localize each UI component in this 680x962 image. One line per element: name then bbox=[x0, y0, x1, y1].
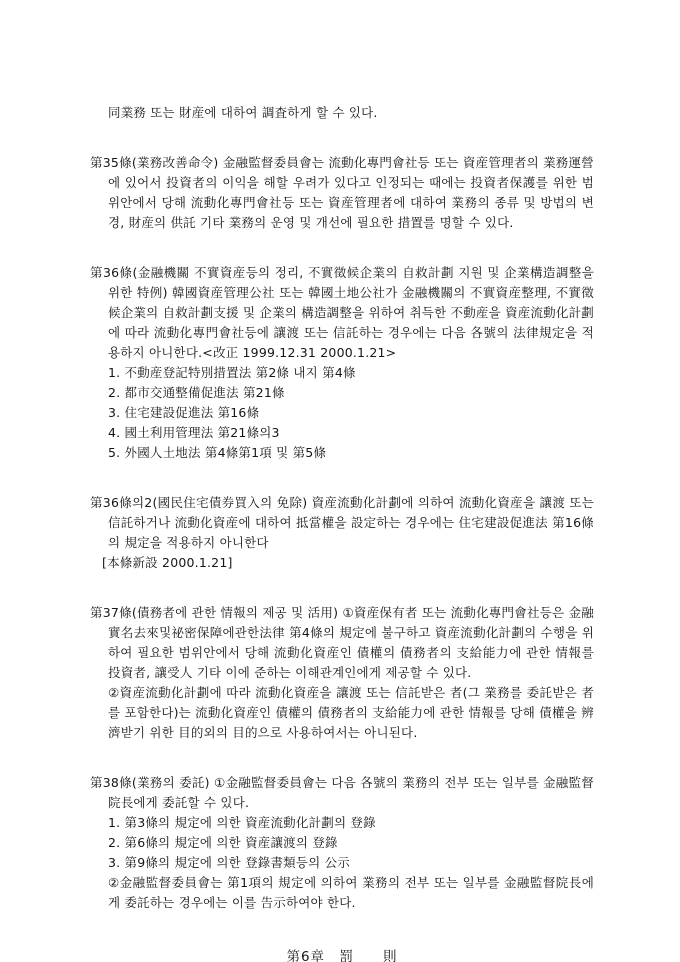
document-page: 同業務 또는 財産에 대하여 調査하게 할 수 있다.第35條(業務改善命令) … bbox=[0, 0, 680, 962]
article-38-item-1: 1. 第3條의 規定에 의한 資産流動化計劃의 登錄 bbox=[90, 813, 594, 833]
article-38-item-3: 3. 第9條의 規定에 의한 登錄書類등의 公示 bbox=[90, 853, 594, 873]
overflow-line-prev-article: 同業務 또는 財産에 대하여 調査하게 할 수 있다. bbox=[90, 103, 594, 123]
article-36-item-5: 5. 外國人土地法 第4條第1項 및 第5條 bbox=[90, 443, 594, 463]
article-38: 第38條(業務의 委託) ①金融監督委員會는 다음 各號의 業務의 전부 또는 … bbox=[90, 773, 594, 813]
article-36-item-3: 3. 住宅建設促進法 第16條 bbox=[90, 403, 594, 423]
article-36-2: 第36條의2(國民住宅債券買入의 免除) 資産流動化計劃에 의하여 流動化資産을… bbox=[90, 493, 594, 553]
article-37: 第37條(債務者에 관한 情報의 제공 및 活用) ①資産保有者 또는 流動化專… bbox=[90, 603, 594, 683]
article-36-item-2: 2. 都市交通整備促進法 第21條 bbox=[90, 383, 594, 403]
article-36-item-1: 1. 不動産登記特別措置法 第2條 내지 第4條 bbox=[90, 363, 594, 383]
article-36-item-4: 4. 國土利用管理法 第21條의3 bbox=[90, 423, 594, 443]
article-38-paragraph-2: ②金融監督委員會는 第1項의 規定에 의하여 業務의 전부 또는 일부를 金融監… bbox=[90, 873, 594, 913]
article-36-2-enactment-note: [本條新設 2000.1.21] bbox=[90, 553, 594, 573]
article-35: 第35條(業務改善命令) 金融監督委員會는 流動化專門會社등 또는 資産管理者의… bbox=[90, 153, 594, 233]
article-36: 第36條(金融機關 不實資産등의 정리, 不實徵候企業의 自救計劃 지원 및 企… bbox=[90, 263, 594, 363]
article-37-paragraph-2: ②資産流動化計劃에 따라 流動化資産을 讓渡 또는 信託받은 者(그 業務를 委… bbox=[90, 683, 594, 743]
chapter-6-heading: 第6章 罰 則 bbox=[90, 947, 594, 962]
article-38-item-2: 2. 第6條의 規定에 의한 資産讓渡의 登錄 bbox=[90, 833, 594, 853]
document-body: 同業務 또는 財産에 대하여 調査하게 할 수 있다.第35條(業務改善命令) … bbox=[90, 103, 594, 962]
